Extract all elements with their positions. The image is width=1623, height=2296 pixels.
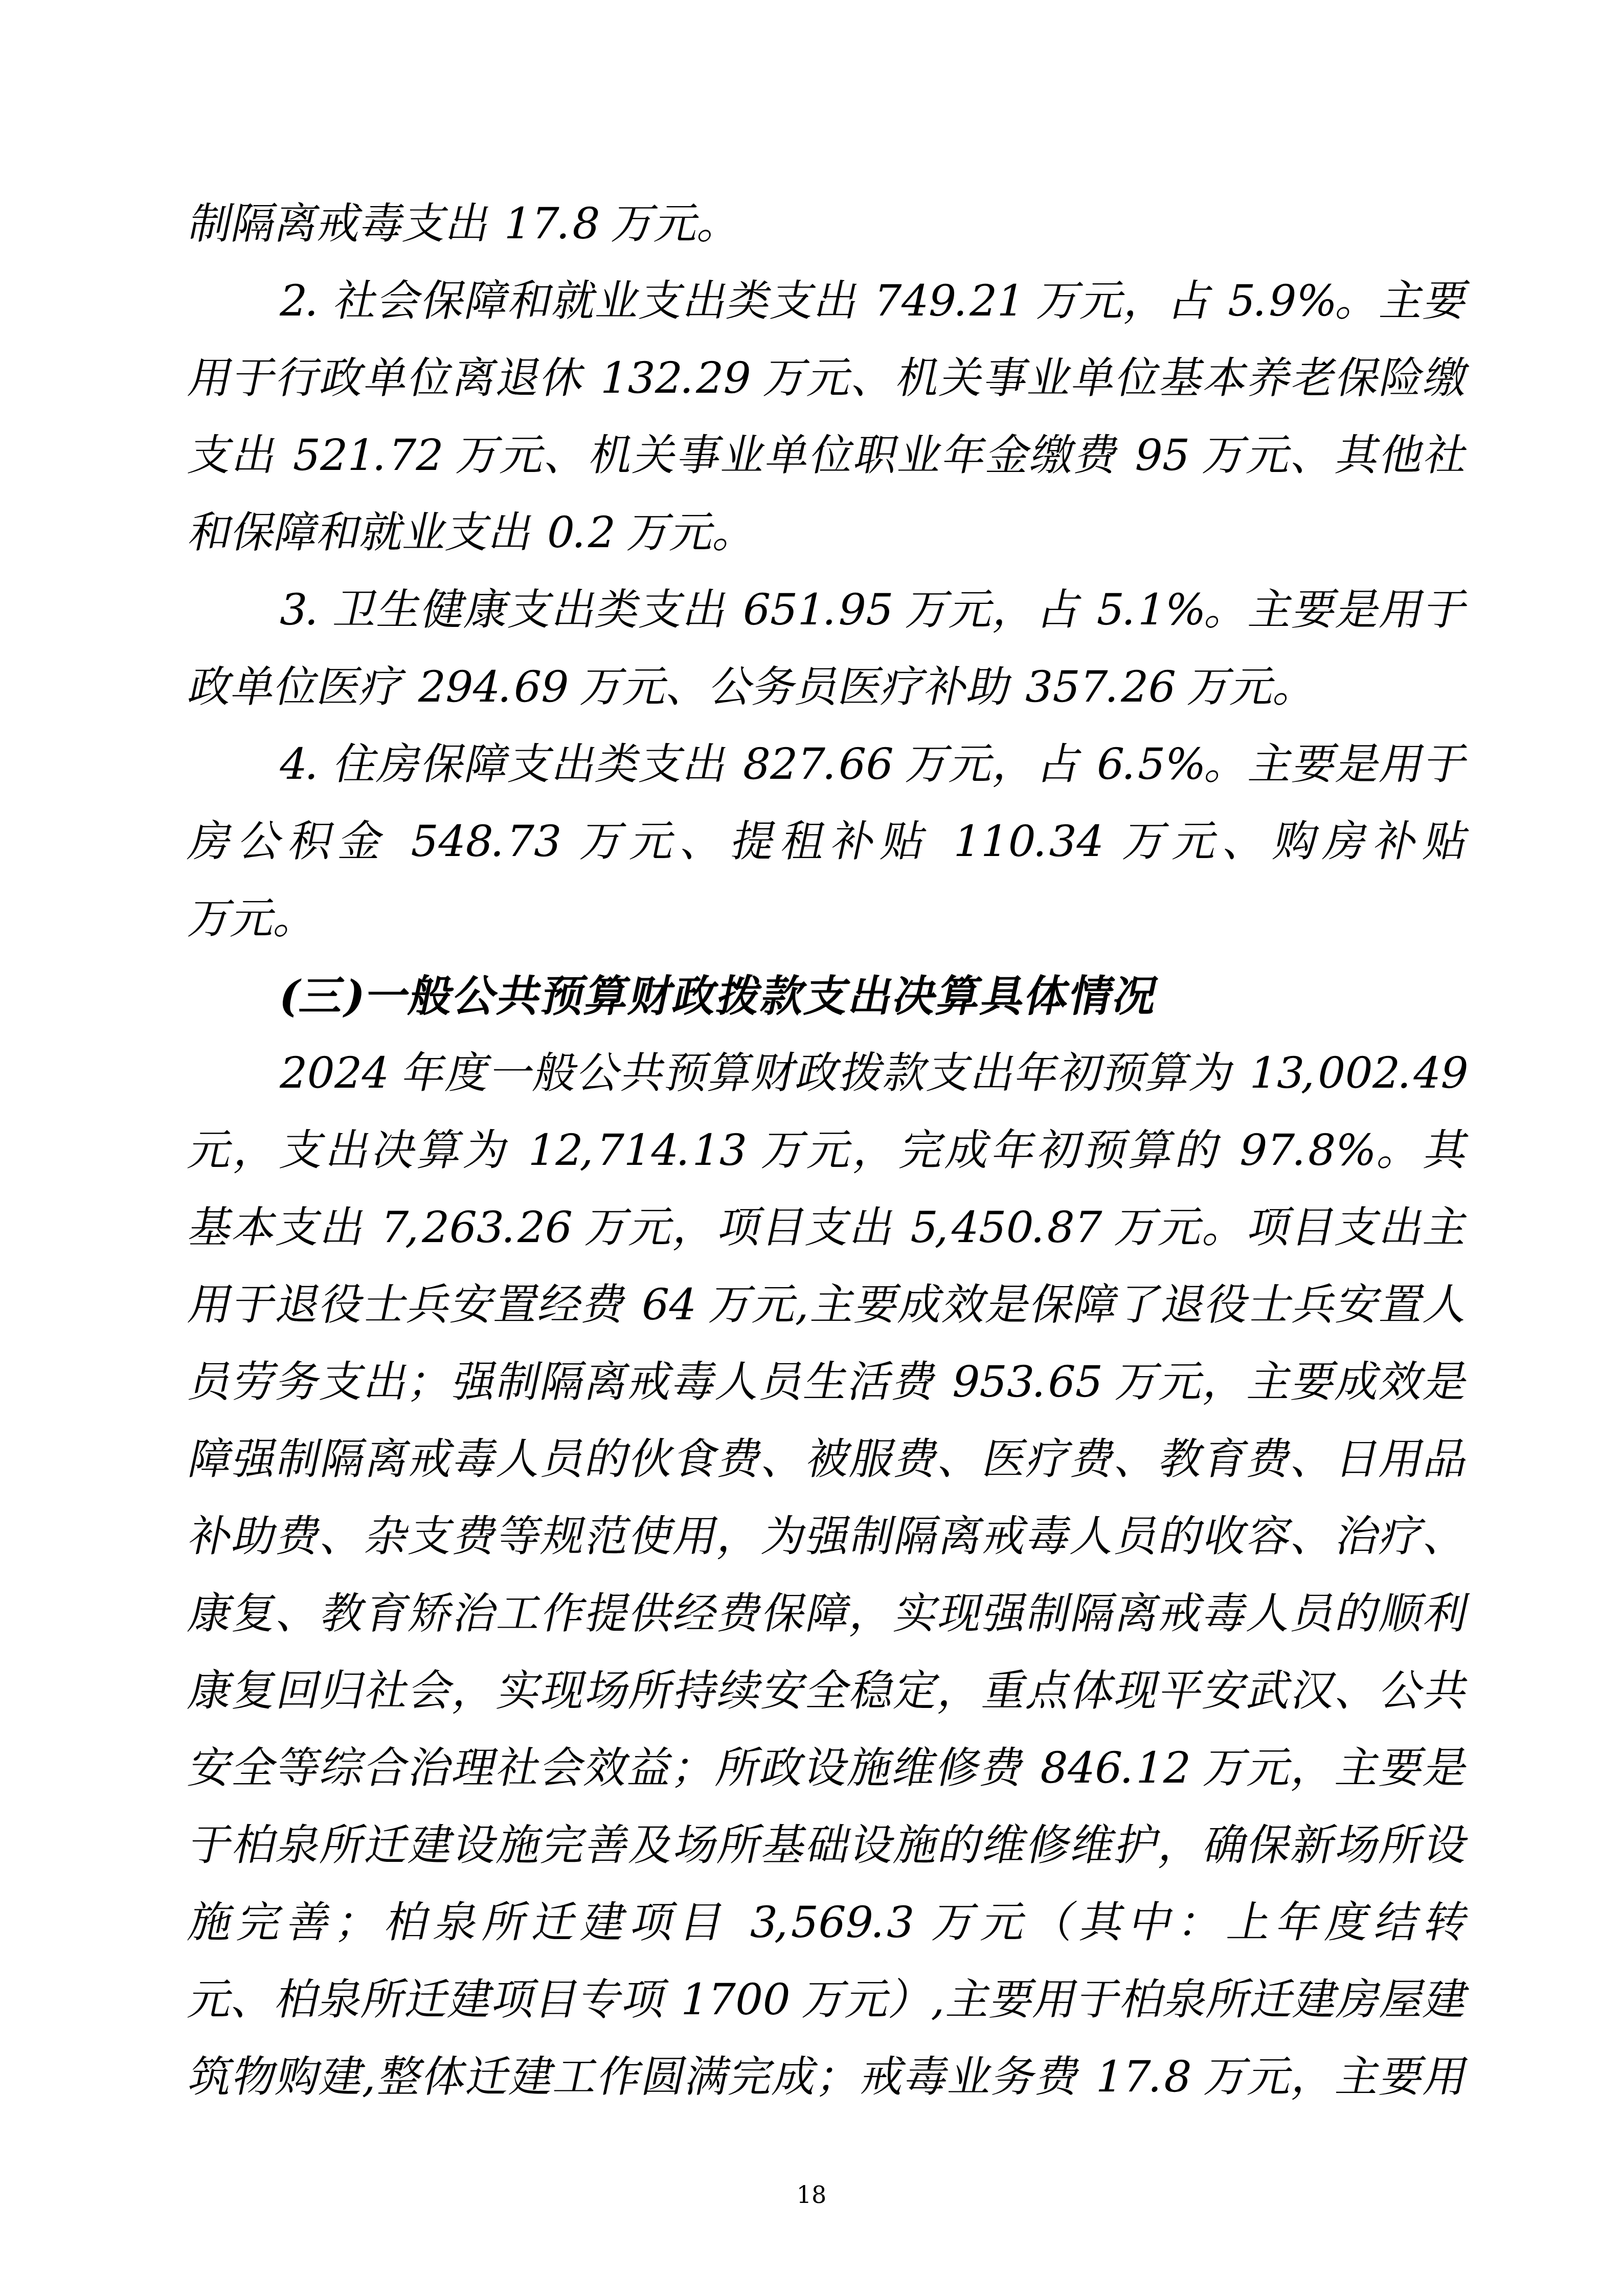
text-line: 施完善；柏泉所迁建项目 3,569.3 万元（其中：上年度结转 1869.3 — [182, 1884, 1476, 1961]
text-line: 支出 521.72 万元、机关事业单位职业年金缴费 95 万元、其他社会 — [182, 417, 1476, 494]
section-heading: (三)一般公共预算财政拨款支出决算具体情况 — [182, 957, 1476, 1034]
text-line: 筑物购建,整体迁建工作圆满完成；戒毒业务费 17.8 万元，主要用 — [182, 2038, 1476, 2115]
text-line: 房公积金 548.73 万元、提租补贴 110.34 万元、购房补贴 168.5… — [182, 803, 1476, 880]
text-line: 2024 年度一般公共预算财政拨款支出年初预算为 13,002.49 万 — [182, 1034, 1476, 1112]
text-line: 基本支出 7,263.26 万元，项目支出 5,450.87 万元。项目支出主要 — [182, 1189, 1476, 1266]
text-line: 用于退役士兵安置经费 64 万元,主要成效是保障了退役士兵安置人 — [182, 1266, 1476, 1343]
text-line: 用于行政单位离退休 132.29 万元、机关事业单位基本养老保险缴费 — [182, 340, 1476, 417]
text-line: 康复回归社会，实现场所持续安全稳定，重点体现平安武汉、公共 — [182, 1652, 1476, 1729]
text-line: 4. 住房保障支出类支出 827.66 万元，占 6.5%。主要是用于住 — [182, 726, 1476, 803]
document-page: 制隔离戒毒支出 17.8 万元。2. 社会保障和就业支出类支出 749.21 万… — [0, 0, 1623, 2296]
text-line: 3. 卫生健康支出类支出 651.95 万元，占 5.1%。主要是用于行 — [182, 571, 1476, 648]
text-line: 员劳务支出；强制隔离戒毒人员生活费 953.65 万元，主要成效是保 — [182, 1343, 1476, 1421]
text-line: 于柏泉所迁建设施完善及场所基础设施的维修维护，确保新场所设 — [182, 1807, 1476, 1884]
text-line: 和保障和就业支出 0.2 万元。 — [182, 494, 1476, 571]
text-line: 政单位医疗 294.69 万元、公务员医疗补助 357.26 万元。 — [182, 648, 1476, 726]
page-number: 18 — [0, 2179, 1623, 2210]
text-line: 万元。 — [182, 880, 1476, 957]
text-line: 障强制隔离戒毒人员的伙食费、被服费、医疗费、教育费、日用品 — [182, 1421, 1476, 1498]
text-line: 2. 社会保障和就业支出类支出 749.21 万元，占 5.9%。主要是 — [182, 262, 1476, 340]
text-line: 元，支出决算为 12,714.13 万元，完成年初预算的 97.8%。其中： — [182, 1112, 1476, 1189]
text-line: 安全等综合治理社会效益；所政设施维修费 846.12 万元，主要是用 — [182, 1729, 1476, 1807]
text-line: 康复、教育矫治工作提供经费保障，实现强制隔离戒毒人员的顺利 — [182, 1575, 1476, 1652]
document-body: 制隔离戒毒支出 17.8 万元。2. 社会保障和就业支出类支出 749.21 万… — [182, 185, 1460, 2115]
text-line: 补助费、杂支费等规范使用，为强制隔离戒毒人员的收容、治疗、 — [182, 1498, 1476, 1575]
text-line: 制隔离戒毒支出 17.8 万元。 — [182, 185, 1476, 262]
text-line: 元、柏泉所迁建项目专项 1700 万元）,主要用于柏泉所迁建房屋建 — [182, 1961, 1476, 2038]
